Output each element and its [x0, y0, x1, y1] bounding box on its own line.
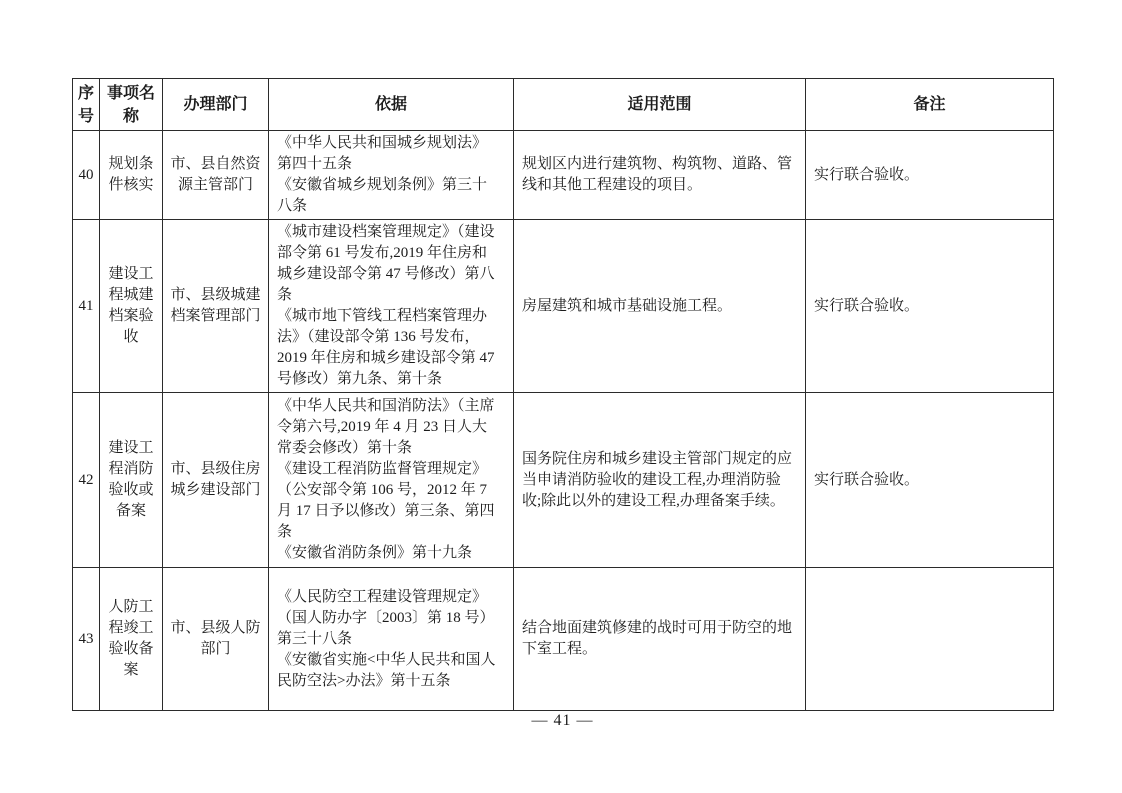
- col-header-item-name: 事项名称: [100, 79, 163, 131]
- cell-scope: 结合地面建筑修建的战时可用于防空的地下室工程。: [514, 568, 806, 711]
- cell-no: 41: [73, 220, 100, 393]
- page-number: — 41 —: [72, 712, 1053, 730]
- col-header-basis: 依据: [269, 79, 514, 131]
- col-header-department: 办理部门: [163, 79, 269, 131]
- cell-basis: 《人民防空工程建设管理规定》（国人防办字〔2003〕第 18 号）第三十八条 《…: [269, 568, 514, 711]
- cell-department: 市、县级住房城乡建设部门: [163, 393, 269, 568]
- table-row: 43 人防工程竣工验收备案 市、县级人防部门 《人民防空工程建设管理规定》（国人…: [73, 568, 1054, 711]
- cell-scope: 规划区内进行建筑物、构筑物、道路、管线和其他工程建设的项目。: [514, 131, 806, 220]
- col-header-scope: 适用范围: [514, 79, 806, 131]
- basis-item: 《城市地下管线工程档案管理办法》（建设部令第 136 号发布，2019 年住房和…: [277, 306, 501, 390]
- cell-basis: 《中华人民共和国消防法》（主席令第六号,2019 年 4 月 23 日人大常委会…: [269, 393, 514, 568]
- cell-no: 42: [73, 393, 100, 568]
- table-row: 40 规划条件核实 市、县自然资源主管部门 《中华人民共和国城乡规划法》第四十五…: [73, 131, 1054, 220]
- cell-department: 市、县级人防部门: [163, 568, 269, 711]
- cell-item-name: 建设工程消防验收或备案: [100, 393, 163, 568]
- basis-item: 《安徽省消防条例》第十九条: [277, 543, 501, 564]
- cell-note: [806, 568, 1054, 711]
- cell-no: 43: [73, 568, 100, 711]
- cell-scope: 房屋建筑和城市基础设施工程。: [514, 220, 806, 393]
- basis-item: 《人民防空工程建设管理规定》（国人防办字〔2003〕第 18 号）第三十八条: [277, 587, 501, 650]
- basis-item: 《城市建设档案管理规定》（建设部令第 61 号发布,2019 年住房和城乡建设部…: [277, 222, 501, 306]
- cell-item-name: 规划条件核实: [100, 131, 163, 220]
- cell-item-name: 人防工程竣工验收备案: [100, 568, 163, 711]
- cell-department: 市、县自然资源主管部门: [163, 131, 269, 220]
- cell-note: 实行联合验收。: [806, 393, 1054, 568]
- cell-scope: 国务院住房和城乡建设主管部门规定的应当申请消防验收的建设工程,办理消防验收;除此…: [514, 393, 806, 568]
- basis-item: 《建设工程消防监督管理规定》（公安部令第 106 号，2012 年 7 月 17…: [277, 459, 501, 543]
- cell-department: 市、县级城建档案管理部门: [163, 220, 269, 393]
- cell-note: 实行联合验收。: [806, 131, 1054, 220]
- table-header-row: 序号 事项名称 办理部门 依据 适用范围 备注: [73, 79, 1054, 131]
- cell-item-name: 建设工程城建档案验收: [100, 220, 163, 393]
- col-header-note: 备注: [806, 79, 1054, 131]
- basis-item: 《中华人民共和国消防法》（主席令第六号,2019 年 4 月 23 日人大常委会…: [277, 396, 501, 459]
- table-row: 42 建设工程消防验收或备案 市、县级住房城乡建设部门 《中华人民共和国消防法》…: [73, 393, 1054, 568]
- cell-no: 40: [73, 131, 100, 220]
- cell-basis: 《城市建设档案管理规定》（建设部令第 61 号发布,2019 年住房和城乡建设部…: [269, 220, 514, 393]
- basis-item: 《安徽省实施<中华人民共和国人民防空法>办法》第十五条: [277, 650, 501, 692]
- document-page: 序号 事项名称 办理部门 依据 适用范围 备注 40 规划条件核实 市、县自然资…: [0, 0, 1122, 793]
- cell-note: 实行联合验收。: [806, 220, 1054, 393]
- cell-basis: 《中华人民共和国城乡规划法》第四十五条 《安徽省城乡规划条例》第三十八条: [269, 131, 514, 220]
- approval-items-table: 序号 事项名称 办理部门 依据 适用范围 备注 40 规划条件核实 市、县自然资…: [72, 78, 1054, 711]
- basis-item: 《安徽省城乡规划条例》第三十八条: [277, 175, 501, 217]
- basis-item: 《中华人民共和国城乡规划法》第四十五条: [277, 133, 501, 175]
- col-header-no: 序号: [73, 79, 100, 131]
- table-row: 41 建设工程城建档案验收 市、县级城建档案管理部门 《城市建设档案管理规定》（…: [73, 220, 1054, 393]
